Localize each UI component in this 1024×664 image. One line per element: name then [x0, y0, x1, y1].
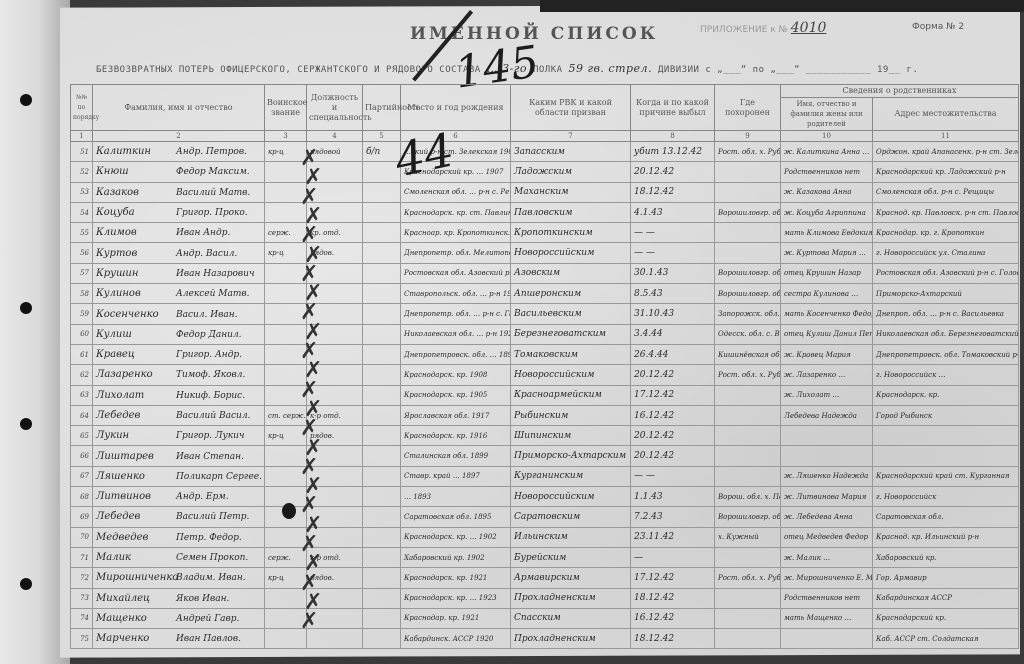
given-names: Григор. Лукич: [176, 431, 244, 441]
cell-buried: [715, 426, 781, 446]
row-number: 63: [71, 385, 93, 405]
cell-rvk: Приморско-Ахтарским: [511, 446, 631, 466]
cell-birth: Днепропетр. обл. … р-н с. Гавриловка 192…: [401, 304, 511, 324]
cell-rvk: Рыбинским: [511, 405, 631, 425]
cell-rvk: Армавирским: [511, 568, 631, 588]
row-number: 54: [71, 202, 93, 222]
surname: Лихолат: [96, 390, 176, 401]
cell-party: [363, 608, 401, 628]
row-number: 69: [71, 507, 93, 527]
header-name: Фамилия, имя и отчество: [93, 85, 265, 131]
cell-addr: [873, 446, 1019, 466]
stamp-number: 4010: [791, 20, 827, 36]
given-names: Иван Андр.: [176, 228, 230, 238]
cell-birth: Краснодарск. кр. 1921: [401, 568, 511, 588]
row-number: 62: [71, 365, 93, 385]
cell-party: [363, 263, 401, 283]
surname: Кулинов: [96, 288, 176, 299]
full-name: ЛебедевВасилий Васил.: [93, 405, 265, 425]
table-row: 68ЛитвиновАндр. Ерм.… 1893Новороссийским…: [71, 487, 1019, 507]
surname: Медведев: [96, 532, 176, 543]
cell-party: [363, 304, 401, 324]
given-names: Василий Васил.: [176, 411, 250, 421]
cell-buried: Рост. обл. х. Рубежный: [715, 142, 781, 162]
cell-kin: [781, 426, 873, 446]
cell-party: [363, 466, 401, 486]
cell-rvk: Красноармейским: [511, 385, 631, 405]
cell-rvk: Томаковским: [511, 344, 631, 364]
cell-kin: отец Кулиш Данил Петров.: [781, 324, 873, 344]
given-names: Владим. Иван.: [176, 573, 246, 583]
row-number: 67: [71, 466, 93, 486]
given-names: Григор. Андр.: [176, 350, 242, 360]
cell-birth: Краснодарск. кр. ст. Павлинская 1899: [401, 202, 511, 222]
binder-hole: [20, 578, 32, 590]
cell-out: 23.11.42: [631, 527, 715, 547]
cell-rvk: Спасским: [511, 608, 631, 628]
cell-buried: [715, 405, 781, 425]
surname: Марченко: [96, 633, 176, 644]
cell-birth: Краснодарск. кр. 1916: [401, 426, 511, 446]
cell-out: 17.12.42: [631, 568, 715, 588]
cell-party: [363, 629, 401, 649]
cell-out: 7.2.43: [631, 507, 715, 527]
full-name: КлимовИван Андр.: [93, 223, 265, 243]
given-names: Петр. Федор.: [176, 533, 242, 543]
casualty-table: №№ по порядку Фамилия, имя и отчество Во…: [70, 84, 1019, 649]
table-row: 72МирошниченкоВладим. Иван.кр-црядов.Кра…: [71, 568, 1019, 588]
table-row: 70МедведевПетр. Федор.Краснодарск. кр. ……: [71, 527, 1019, 547]
cell-out: 20.12.42: [631, 426, 715, 446]
full-name: КулишФедор Данил.: [93, 324, 265, 344]
cell-rvk: Шипинским: [511, 426, 631, 446]
cell-party: [363, 487, 401, 507]
surname: Лазаренко: [96, 369, 176, 380]
row-number: 59: [71, 304, 93, 324]
cell-kin: отец Крушин Назар: [781, 263, 873, 283]
surname: Климов: [96, 227, 176, 238]
cell-out: — —: [631, 466, 715, 486]
column-number: 10: [781, 131, 873, 142]
header-kin: Имя, отчество и фамилия жены или родител…: [781, 98, 873, 131]
cell-buried: [715, 243, 781, 263]
given-names: Андр. Васил.: [176, 249, 237, 259]
row-number: 66: [71, 446, 93, 466]
division-label: ДИВИЗИИ с „___“ по „___“ ___________ 19_…: [658, 65, 918, 75]
column-number: 9: [715, 131, 781, 142]
table-row: 74МащенкоАндрей Гавр.Краснодар. кр. 1921…: [71, 608, 1019, 628]
cell-party: [363, 365, 401, 385]
cell-out: 3.4.44: [631, 324, 715, 344]
cell-out: 31.10.43: [631, 304, 715, 324]
cell-buried: [715, 182, 781, 202]
surname: Лебедев: [96, 511, 176, 522]
full-name: МирошниченкоВладим. Иван.: [93, 568, 265, 588]
cell-kin: ж. Лазаренко …: [781, 365, 873, 385]
cell-addr: Саратовская обл.: [873, 507, 1019, 527]
cell-rvk: Новороссийским: [511, 365, 631, 385]
cell-out: 16.12.42: [631, 405, 715, 425]
given-names: Иван Павлов.: [176, 634, 241, 644]
cell-birth: Ставропольск. обл. … р-н 1914: [401, 284, 511, 304]
cell-out: — —: [631, 243, 715, 263]
header-party: Партийность: [363, 85, 401, 131]
cell-addr: Гор. Армавир: [873, 568, 1019, 588]
cell-out: 1.1.43: [631, 487, 715, 507]
cell-addr: Смоленская обл. р-н с. Рещицы: [873, 182, 1019, 202]
cell-birth: Николаевская обл. … р-н 1925: [401, 324, 511, 344]
cell-out: 20.12.42: [631, 162, 715, 182]
table-row: 71МаликСемен Прокоп.серж.к-р отд.Хабаров…: [71, 547, 1019, 567]
column-number: 4: [307, 131, 363, 142]
full-name: ЛяшенкоПоликарп Сергее.: [93, 466, 265, 486]
cell-rvk: Ладожским: [511, 162, 631, 182]
cell-out: 16.12.42: [631, 608, 715, 628]
table-row: 52КнюшФедор Максим.Краснодарский кр. … 1…: [71, 162, 1019, 182]
given-names: Васил. Иван.: [176, 310, 238, 320]
surname: Коцуба: [96, 207, 176, 218]
cell-kin: мать Мащенко …: [781, 608, 873, 628]
row-number: 51: [71, 142, 93, 162]
cell-birth: Краснодар. кр. 1921: [401, 608, 511, 628]
table-row: 51КалиткинАндр. Петров.кр-црядовойб/п…ск…: [71, 142, 1019, 162]
cell-party: [363, 588, 401, 608]
cell-birth: Краснодарск. кр. 1905: [401, 385, 511, 405]
header-rank: Воинское звание: [265, 85, 307, 131]
given-names: Яков Иван.: [176, 594, 229, 604]
table-row: 65ЛукинГригор. Лукичкр-црядов.Краснодарс…: [71, 426, 1019, 446]
cell-buried: Одесск. обл. с. Вигода: [715, 324, 781, 344]
cell-rvk: Азовским: [511, 263, 631, 283]
surname: Кулиш: [96, 329, 176, 340]
given-names: Федор Данил.: [176, 330, 242, 340]
full-name: КоцубаГригор. Проко.: [93, 202, 265, 222]
full-name: МащенкоАндрей Гавр.: [93, 608, 265, 628]
cell-birth: Днепропетровск. обл. … 1895: [401, 344, 511, 364]
surname: Косенченко: [96, 309, 176, 320]
row-number: 73: [71, 588, 93, 608]
cell-buried: [715, 629, 781, 649]
given-names: Алексей Матв.: [176, 289, 250, 299]
given-names: Андр. Ерм.: [176, 492, 229, 502]
scan-edge: [540, 0, 1024, 12]
table-row: 60КулишФедор Данил.Николаевская обл. … р…: [71, 324, 1019, 344]
cell-addr: г. Новороссийск ул. Сталина: [873, 243, 1019, 263]
table-row: 57КрушинИван НазаровичРостовская обл. Аз…: [71, 263, 1019, 283]
cell-birth: Краснодарск. кр. … 1923: [401, 588, 511, 608]
binder-hole: [20, 94, 32, 106]
header-address: Адрес местожительства: [873, 98, 1019, 131]
full-name: МарченкоИван Павлов.: [93, 629, 265, 649]
cell-addr: Орджон. край Апанасенк. р-н ст. Зелекска…: [873, 142, 1019, 162]
header-position: Должность и специальность: [307, 85, 363, 131]
full-name: ЛебедевВасилий Петр.: [93, 507, 265, 527]
cell-rvk: Павловским: [511, 202, 631, 222]
cell-kin: [781, 446, 873, 466]
surname: Лукин: [96, 430, 176, 441]
cell-out: 17.12.42: [631, 385, 715, 405]
row-number: 65: [71, 426, 93, 446]
cell-out: 18.12.42: [631, 629, 715, 649]
cell-buried: Ворошиловгр. об. х. Садовый: [715, 507, 781, 527]
cell-addr: [873, 426, 1019, 446]
cell-out: 8.5.43: [631, 284, 715, 304]
cell-rvk: Васильевским: [511, 304, 631, 324]
cell-birth: Ярославская обл. 1917: [401, 405, 511, 425]
cell-addr: Краснод. кр. Павловск. р-н ст. Павловска…: [873, 202, 1019, 222]
cell-birth: Кабардинск. АССР 1920: [401, 629, 511, 649]
cell-kin: ж. Малик …: [781, 547, 873, 567]
cell-kin: Родственников нет: [781, 588, 873, 608]
given-names: Андр. Петров.: [176, 147, 247, 157]
cell-buried: Ворошиловгр. об. х. Николаевский: [715, 284, 781, 304]
given-names: Андрей Гавр.: [176, 614, 239, 624]
surname: Мирошниченко: [96, 572, 176, 583]
cell-party: [363, 527, 401, 547]
row-number: 70: [71, 527, 93, 547]
cell-birth: Красноар. кр. Кропоткинск. 1903: [401, 223, 511, 243]
full-name: КазаковВасилий Матв.: [93, 182, 265, 202]
cell-out: 18.12.42: [631, 182, 715, 202]
cell-kin: ж. Куртова Мария …: [781, 243, 873, 263]
row-number: 74: [71, 608, 93, 628]
cell-addr: Приморско-Ахтарский: [873, 284, 1019, 304]
cell-party: [363, 182, 401, 202]
surname: Калиткин: [96, 146, 176, 157]
cell-buried: Ворошиловгр. об. х. Славинский: [715, 202, 781, 222]
cell-rvk: Новороссийским: [511, 243, 631, 263]
binder-hole: [20, 302, 32, 314]
cell-birth: Хабаровский кр. 1902: [401, 547, 511, 567]
cell-kin: мать Косенченко Федора Павловна: [781, 304, 873, 324]
cell-out: 30.1.43: [631, 263, 715, 283]
cell-birth: Смоленская обл. … р-н с. Рещицы 1904: [401, 182, 511, 202]
cell-rvk: Курганинским: [511, 466, 631, 486]
cell-birth: Днепропетр. обл. Мелитопольск. р-н 1898: [401, 243, 511, 263]
cell-rvk: Кропоткинским: [511, 223, 631, 243]
cell-birth: Краснодарск. кр. 1908: [401, 365, 511, 385]
cell-buried: Рост. обл. х. Рубежный: [715, 568, 781, 588]
surname: Крушин: [96, 268, 176, 279]
cell-buried: [715, 385, 781, 405]
cell-kin: отец Медведев Федор: [781, 527, 873, 547]
cell-addr: Кабардинская АССР: [873, 588, 1019, 608]
table-row: 62ЛазаренкоТимоф. Яковл.Краснодарск. кр.…: [71, 365, 1019, 385]
full-name: ЛитвиновАндр. Ерм.: [93, 487, 265, 507]
cell-addr: Краснодарск. кр.: [873, 385, 1019, 405]
full-name: ЛихолатНикиф. Борис.: [93, 385, 265, 405]
surname: Лебедев: [96, 410, 176, 421]
cell-rvk: Маханским: [511, 182, 631, 202]
cell-party: [363, 446, 401, 466]
table-row: 64ЛебедевВасилий Васил.ст. серж.к-р отд.…: [71, 405, 1019, 425]
cell-kin: ж. Мирошниченко Е. М.: [781, 568, 873, 588]
row-number: 75: [71, 629, 93, 649]
column-number: 3: [265, 131, 307, 142]
cell-addr: Город Рыбинск: [873, 405, 1019, 425]
cell-buried: [715, 588, 781, 608]
cell-buried: [715, 547, 781, 567]
surname: Лиштарев: [96, 451, 176, 462]
cell-buried: [715, 608, 781, 628]
cell-party: [363, 324, 401, 344]
cell-rvk: Прохладненским: [511, 588, 631, 608]
cell-rvk: Саратовским: [511, 507, 631, 527]
cell-buried: Кишинёвская обл.: [715, 344, 781, 364]
cell-party: [363, 385, 401, 405]
row-number: 61: [71, 344, 93, 364]
cell-buried: Ворошиловгр. об. х. Митякин: [715, 263, 781, 283]
cell-addr: Днепроп. обл. … р-н с. Васильевка: [873, 304, 1019, 324]
header-number: №№ по порядку: [71, 85, 93, 131]
given-names: Иван Степан.: [176, 452, 244, 462]
column-number: 1: [71, 131, 93, 142]
row-number: 52: [71, 162, 93, 182]
cell-kin: Родственников нет: [781, 162, 873, 182]
surname: Михайлец: [96, 593, 176, 604]
cell-addr: Днепропетровск. обл. Томаковский р-н: [873, 344, 1019, 364]
cell-rvk: Новороссийским: [511, 487, 631, 507]
cell-birth: Ставр. край … 1897: [401, 466, 511, 486]
row-number: 57: [71, 263, 93, 283]
given-names: Григор. Проко.: [176, 208, 248, 218]
cell-buried: [715, 466, 781, 486]
cell-rvk: Березнеговатским: [511, 324, 631, 344]
full-name: КравецГригор. Андр.: [93, 344, 265, 364]
column-number: 2: [93, 131, 265, 142]
cell-addr: Краснодарский кр.: [873, 608, 1019, 628]
given-names: Федор Максим.: [176, 167, 250, 177]
surname: Казаков: [96, 187, 176, 198]
cell-rvk: Апшеронским: [511, 284, 631, 304]
given-names: Тимоф. Яковл.: [176, 370, 245, 380]
table-row: 75МарченкоИван Павлов.Кабардинск. АССР 1…: [71, 629, 1019, 649]
cell-kin: ж. Кравец Мария: [781, 344, 873, 364]
cell-out: убит 13.12.42: [631, 142, 715, 162]
cell-buried: [715, 162, 781, 182]
given-names: Василий Петр.: [176, 512, 249, 522]
table-row: 73МихайлецЯков Иван.Краснодарск. кр. … 1…: [71, 588, 1019, 608]
surname: Кравец: [96, 349, 176, 360]
cell-out: 20.12.42: [631, 365, 715, 385]
cell-out: 18.12.42: [631, 588, 715, 608]
given-names: Поликарп Сергее.: [176, 472, 262, 482]
cell-rvk: Запасским: [511, 142, 631, 162]
cell-kin: ж. Коцуба Агриппина: [781, 202, 873, 222]
table-row: 53КазаковВасилий Матв.Смоленская обл. … …: [71, 182, 1019, 202]
cell-party: [363, 568, 401, 588]
cell-out: — —: [631, 223, 715, 243]
full-name: КулиновАлексей Матв.: [93, 284, 265, 304]
row-number: 55: [71, 223, 93, 243]
row-number: 68: [71, 487, 93, 507]
cell-buried: Рост. обл. х. Рубежный: [715, 365, 781, 385]
cell-addr: Краснод. кр. Ильинский р-н: [873, 527, 1019, 547]
column-number: 7: [511, 131, 631, 142]
surname: Ляшенко: [96, 471, 176, 482]
cell-party: [363, 284, 401, 304]
cell-kin: ж. Казакова Анна: [781, 182, 873, 202]
division-handwritten: 59 гв. стрел.: [568, 62, 652, 75]
table-row: 63ЛихолатНикиф. Борис.Краснодарск. кр. 1…: [71, 385, 1019, 405]
header-buried: Где похоронен: [715, 85, 781, 131]
table-row: 69ЛебедевВасилий Петр.Саратовская обл. 1…: [71, 507, 1019, 527]
cell-birth: Краснодарск. кр. … 1902: [401, 527, 511, 547]
appendix-stamp: ПРИЛОЖЕНИЕ к № 4010: [700, 20, 826, 36]
cell-addr: Краснодар. кр. г. Кропоткин: [873, 223, 1019, 243]
cell-party: [363, 507, 401, 527]
cell-kin: Лебедева Надежда: [781, 405, 873, 425]
header-relatives-group: Сведения о родственниках: [781, 85, 1019, 98]
cell-buried: Запорожск. обл. с. Балки: [715, 304, 781, 324]
full-name: ЛукинГригор. Лукич: [93, 426, 265, 446]
stamp-label: ПРИЛОЖЕНИЕ к №: [700, 25, 788, 35]
cell-kin: ж. Калиткина Анна …: [781, 142, 873, 162]
ink-blot: [282, 503, 296, 519]
cell-party: [363, 344, 401, 364]
cell-party: [363, 405, 401, 425]
header-rvk: Каким РВК и какой области призван: [511, 85, 631, 131]
row-number: 72: [71, 568, 93, 588]
cell-kin: ж. Лебедева Анна: [781, 507, 873, 527]
surname: Малик: [96, 552, 176, 563]
cell-addr: Николаевская обл. Березнеговатский р-н: [873, 324, 1019, 344]
cell-party: [363, 547, 401, 567]
header-birth: Место и год рождения: [401, 85, 511, 131]
table-row: 59КосенченкоВасил. Иван.Днепропетр. обл.…: [71, 304, 1019, 324]
check-mark-icon: ✗: [300, 609, 318, 634]
full-name: КуртовАндр. Васил.: [93, 243, 265, 263]
full-name: ЛиштаревИван Степан.: [93, 446, 265, 466]
full-name: КосенченкоВасил. Иван.: [93, 304, 265, 324]
table-row: 54КоцубаГригор. Проко.Краснодарск. кр. с…: [71, 202, 1019, 222]
cell-kin: [781, 629, 873, 649]
cell-addr: Ростовская обл. Азовский р-н с. Головато…: [873, 263, 1019, 283]
full-name: КалиткинАндр. Петров.: [93, 142, 265, 162]
full-name: КрушинИван Назарович: [93, 263, 265, 283]
row-number: 58: [71, 284, 93, 304]
cell-party: [363, 243, 401, 263]
cell-party: [363, 426, 401, 446]
surname: Куртов: [96, 248, 176, 259]
cell-addr: г. Новороссийск: [873, 487, 1019, 507]
cell-out: 26.4.44: [631, 344, 715, 364]
given-names: Никиф. Борис.: [176, 391, 245, 401]
table-row: 66ЛиштаревИван Степан.Сталинская обл. 18…: [71, 446, 1019, 466]
surname: Литвинов: [96, 491, 176, 502]
row-number: 64: [71, 405, 93, 425]
row-number: 53: [71, 182, 93, 202]
table-row: 58КулиновАлексей Матв.Ставропольск. обл.…: [71, 284, 1019, 304]
cell-addr: г. Новороссийск …: [873, 365, 1019, 385]
given-names: Иван Назарович: [176, 269, 255, 279]
cell-party: [363, 223, 401, 243]
cell-buried: х. Кужный: [715, 527, 781, 547]
surname: Кнюш: [96, 166, 176, 177]
row-number: 71: [71, 547, 93, 567]
row-number: 60: [71, 324, 93, 344]
cell-rvk: Прохладненским: [511, 629, 631, 649]
cell-addr: Каб. АССР ст. Солдатская: [873, 629, 1019, 649]
row-number: 56: [71, 243, 93, 263]
cell-addr: Краснодарский кр. Ладожский р-н: [873, 162, 1019, 182]
column-number: 8: [631, 131, 715, 142]
table-row: 55КлимовИван Андр.серж.кр. отд.Красноар.…: [71, 223, 1019, 243]
table-row: 67ЛяшенкоПоликарп Сергее.Ставр. край … 1…: [71, 466, 1019, 486]
cell-out: —: [631, 547, 715, 567]
table-row: 61КравецГригор. Андр.Днепропетровск. обл…: [71, 344, 1019, 364]
cell-out: 20.12.42: [631, 446, 715, 466]
